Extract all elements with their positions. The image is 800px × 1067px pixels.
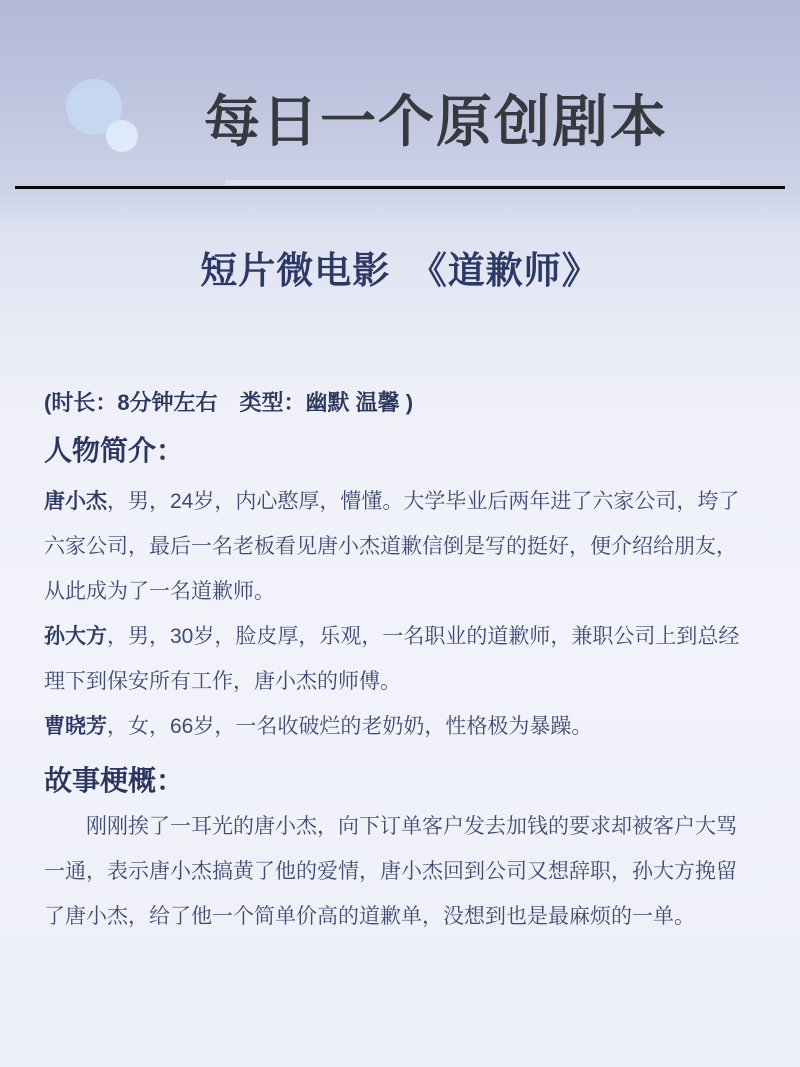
- character-name: 唐小杰: [44, 490, 107, 513]
- synopsis-heading: 故事梗概：: [44, 763, 800, 799]
- script-poster-page: 每日一个原创剧本 短片微电影 《道歉师》 (时长：8分钟左右 类型：幽默 温馨 …: [0, 0, 800, 1067]
- character-desc: ，女，66岁，一名收破烂的老奶奶，性格极为暴躁。: [107, 715, 592, 738]
- film-subtitle: 短片微电影 《道歉师》: [0, 249, 800, 293]
- character-entry: 孙大方，男，30岁，脸皮厚，乐观，一名职业的道歉师，兼职公司上到总经理下到保安所…: [44, 614, 757, 704]
- header-divider: [0, 186, 800, 189]
- page-title: 每日一个原创剧本: [0, 94, 800, 150]
- divider-highlight: [225, 180, 720, 185]
- character-desc: ，男，24岁，内心憨厚，懵懂。大学毕业后两年进了六家公司，垮了六家公司，最后一名…: [44, 490, 739, 603]
- characters-heading: 人物简介：: [44, 433, 800, 469]
- character-entry: 曹晓芳，女，66岁，一名收破烂的老奶奶，性格极为暴躁。: [44, 704, 757, 749]
- character-desc: ，男，30岁，脸皮厚，乐观，一名职业的道歉师，兼职公司上到总经理下到保安所有工作…: [44, 625, 739, 693]
- synopsis-text: 刚刚挨了一耳光的唐小杰，向下订单客户发去加钱的要求却被客户大骂一通，表示唐小杰搞…: [44, 804, 757, 939]
- characters-list: 唐小杰，男，24岁，内心憨厚，懵懂。大学毕业后两年进了六家公司，垮了六家公司，最…: [44, 479, 757, 749]
- character-entry: 唐小杰，男，24岁，内心憨厚，懵懂。大学毕业后两年进了六家公司，垮了六家公司，最…: [44, 479, 757, 614]
- film-meta: (时长：8分钟左右 类型：幽默 温馨 ): [44, 388, 800, 418]
- character-name: 孙大方: [44, 625, 107, 648]
- divider-line: [15, 186, 785, 189]
- character-name: 曹晓芳: [44, 715, 107, 738]
